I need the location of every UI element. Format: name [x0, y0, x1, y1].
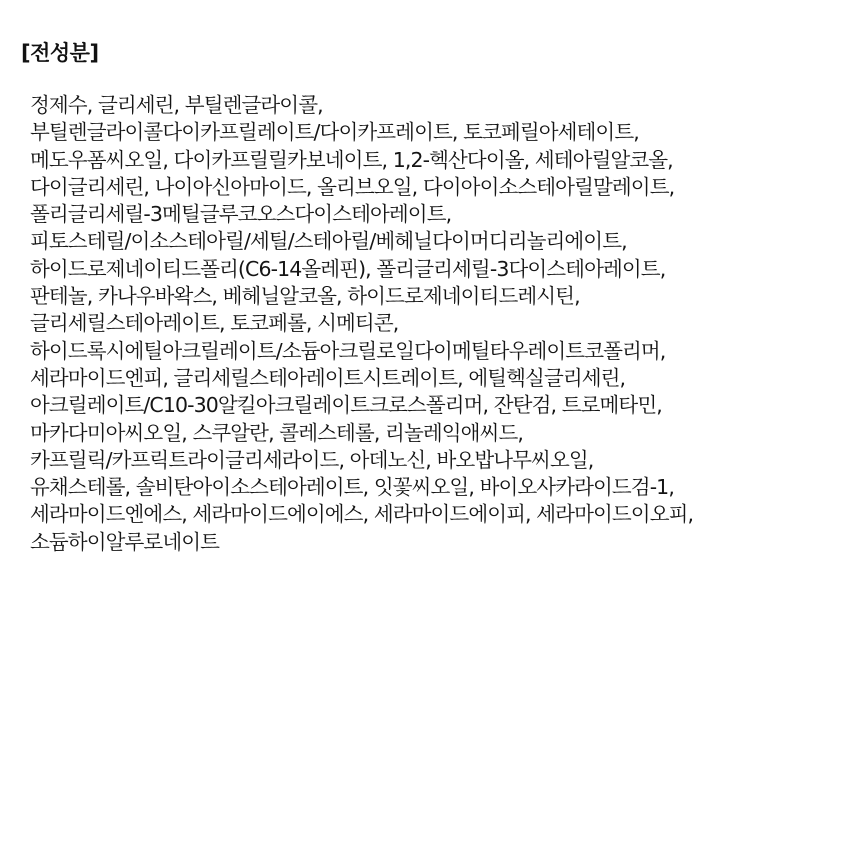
ingredient-list: 정제수, 글리세린, 부틸렌글라이콜, 부틸렌글라이콜다이카프릴레이트/다이카프…	[30, 92, 860, 556]
ingredient-line: 세라마이드엔피, 글리세릴스테아레이트시트레이트, 에틸헥실글리세린,	[30, 365, 860, 392]
ingredient-line: 부틸렌글라이콜다이카프릴레이트/다이카프레이트, 토코페릴아세테이트,	[30, 119, 860, 146]
ingredient-line: 피토스테릴/이소스테아릴/세틸/스테아릴/베헤닐다이머디리놀리에이트,	[30, 228, 860, 255]
ingredients-document: [전성분] 정제수, 글리세린, 부틸렌글라이콜, 부틸렌글라이콜다이카프릴레이…	[0, 0, 860, 860]
ingredient-line: 하이드록시에틸아크릴레이트/소듐아크릴로일다이메틸타우레이트코폴리머,	[30, 338, 860, 365]
ingredient-line: 유채스테롤, 솔비탄아이소스테아레이트, 잇꽃씨오일, 바이오사카라이드검-1,	[30, 474, 860, 501]
section-heading: [전성분]	[21, 38, 99, 68]
ingredient-line: 다이글리세린, 나이아신아마이드, 올리브오일, 다이아이소스테아릴말레이트,	[30, 174, 860, 201]
ingredient-line: 마카다미아씨오일, 스쿠알란, 콜레스테롤, 리놀레익애씨드,	[30, 420, 860, 447]
ingredient-line: 정제수, 글리세린, 부틸렌글라이콜,	[30, 92, 860, 119]
ingredient-line: 메도우폼씨오일, 다이카프릴릴카보네이트, 1,2-헥산다이올, 세테아릴알코올…	[30, 147, 860, 174]
ingredient-line: 폴리글리세릴-3메틸글루코오스다이스테아레이트,	[30, 201, 860, 228]
ingredient-line: 카프릴릭/카프릭트라이글리세라이드, 아데노신, 바오밥나무씨오일,	[30, 447, 860, 474]
ingredient-line: 세라마이드엔에스, 세라마이드에이에스, 세라마이드에이피, 세라마이드이오피,	[30, 501, 860, 528]
ingredient-line: 판테놀, 카나우바왁스, 베헤닐알코올, 하이드로제네이티드레시틴,	[30, 283, 860, 310]
ingredient-line: 아크릴레이트/C10-30알킬아크릴레이트크로스폴리머, 잔탄검, 트로메타민,	[30, 392, 860, 419]
ingredient-line: 소듐하이알루로네이트	[30, 529, 860, 556]
ingredient-line: 하이드로제네이티드폴리(C6-14올레핀), 폴리글리세릴-3다이스테아레이트,	[30, 256, 860, 283]
ingredient-line: 글리세릴스테아레이트, 토코페롤, 시메티콘,	[30, 310, 860, 337]
